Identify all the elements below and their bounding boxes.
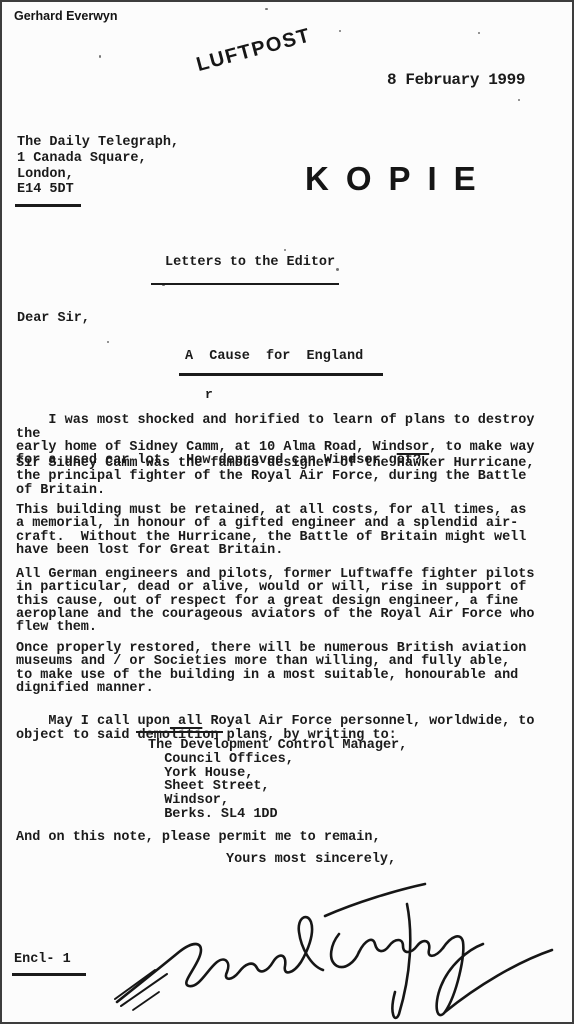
scan-speck [478,32,480,34]
letters-to-editor-heading: Letters to the Editor [165,256,335,270]
letter-date: 8 February 1999 [387,72,525,88]
scan-speck [336,268,339,271]
valediction: Yours most sincerely, [226,853,396,866]
write-to-address: The Development Control Manager, Council… [148,739,407,822]
handwritten-signature [107,874,557,1024]
airmail-stamp: LUFTPOST [194,24,313,77]
enclosure-underline [12,973,86,976]
scan-speck [107,341,109,343]
subject-heading: A Cause for England [185,349,363,364]
copy-stamp: KOPIE [305,162,493,195]
salutation: Dear Sir, [17,311,90,326]
typed-correction-r: r [205,388,213,401]
closing-line: And on this note, please permit me to re… [16,831,381,844]
paragraph-4: All German engineers and pilots, former … [16,568,564,634]
paragraph-2: Sir Sidney Camm was the famous designer … [16,457,564,497]
sender-name: Gerhard Everwyn [14,9,118,23]
scan-speck [99,55,101,58]
paragraph-3: This building must be retained, at all c… [16,504,564,557]
paragraph-5: Once properly restored, there will be nu… [16,642,564,695]
enclosure-note: Encl- 1 [14,952,71,967]
scan-speck [265,8,268,10]
letters-heading-underline [151,283,339,285]
recipient-address: The Daily Telegraph, 1 Canada Square, Lo… [17,135,179,198]
letter-page: Gerhard Everwyn LUFTPOST 8 February 1999… [0,0,574,1024]
subject-heading-underline [179,373,383,376]
recipient-underline [15,204,81,207]
scan-speck [518,99,520,101]
scan-speck [284,249,286,251]
scan-speck [339,30,341,32]
